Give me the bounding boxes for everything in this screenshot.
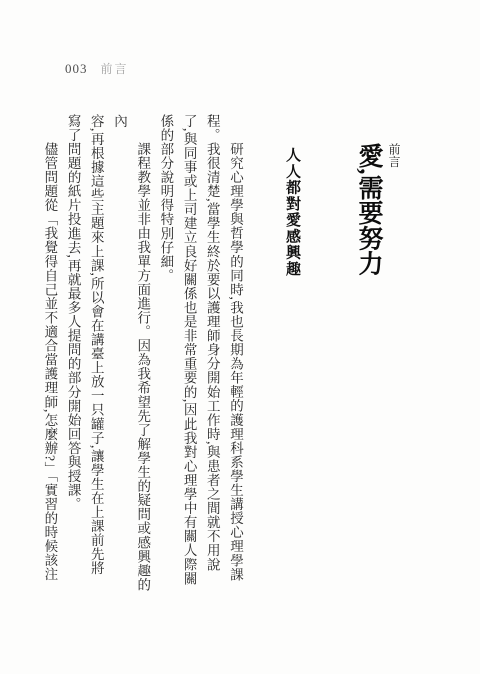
body-line: 儘管問題從「我覺得自己並不適合當護理師,怎麼辦?」「實習的時候該注 [38,114,61,592]
running-head-section-label: 前言 [101,62,129,76]
page-number: 003 [65,61,88,76]
running-head: 003前言 [65,62,129,76]
body-line: 研究心理學與哲學的同時,我也長期為年輕的護理科系學生講授心理學課 [224,114,247,592]
book-page: 003前言 前言 愛,需要努力 人人都對愛感興趣 研究心理學與哲學的同時,我也長… [0,0,480,674]
body-line: 課程教學並非由我單方面進行。因為我希望先了解學生的疑問或感興趣的內 [108,114,154,592]
body-line: 程。我很清楚,當學生終於要以護理師身分開始工作時,與患者之間就不用說 [201,114,224,592]
body-line: 了,與同事或上司建立良好關係也是非常重要的,因此我對心理學中有關人際關 [177,114,200,592]
body-line: 寫了問題的紙片投進去,再就最多人提問的部分開始回答與授課。 [61,114,84,592]
body-text-block: 研究心理學與哲學的同時,我也長期為年輕的護理科系學生講授心理學課程。我很清楚,當… [38,114,247,592]
preface-kicker: 前言 [386,143,402,168]
body-line: 係的部分說明得特別仔細。 [154,114,177,592]
chapter-title: 愛,需要努力 [353,143,384,276]
section-subtitle: 人人都對愛感興趣 [283,147,300,277]
body-line: 容,再根據這些主題來上課,所以會在講臺上放一只罐子,讓學生在上課前先將 [85,114,108,592]
